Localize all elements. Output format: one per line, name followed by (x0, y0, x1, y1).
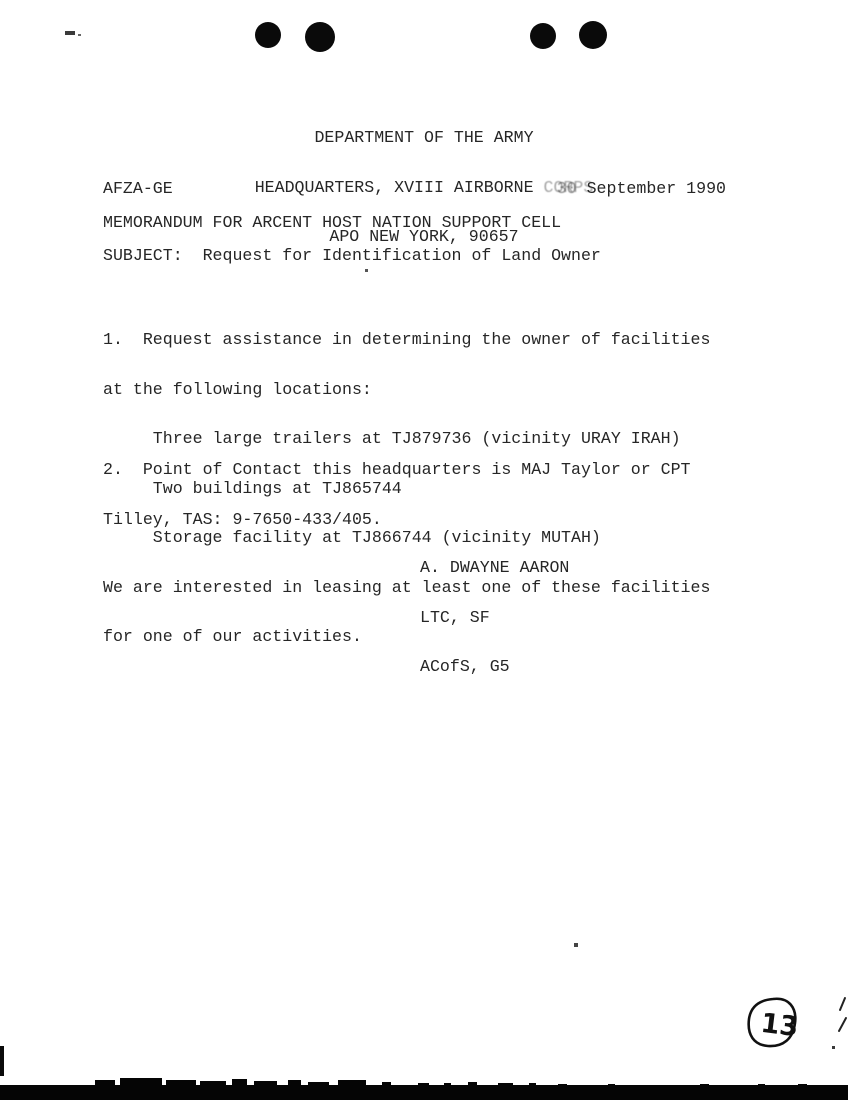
signature-title: ACofS, G5 (420, 659, 569, 676)
page-number-text: 13 (759, 1008, 800, 1043)
para1-line: at the following locations: (103, 382, 710, 399)
punch-dot-icon (255, 22, 281, 48)
paragraph-2: 2. Point of Contact this headquarters is… (103, 429, 691, 561)
date-rest: September 1990 (577, 179, 726, 198)
punch-dot-icon (579, 21, 607, 49)
punch-dot-icon (305, 22, 335, 52)
stray-pen-marks (828, 992, 848, 1040)
letterhead-line1: DEPARTMENT OF THE ARMY (0, 130, 848, 147)
signature-block: A. DWAYNE AARON LTC, SF ACofS, G5 (420, 527, 569, 709)
subject-line: SUBJECT: Request for Identification of L… (103, 248, 601, 265)
signature-name: A. DWAYNE AARON (420, 560, 569, 577)
para2-line: 2. Point of Contact this headquarters is… (103, 462, 691, 479)
scan-edge-bar (0, 1046, 4, 1076)
scan-smudge (832, 1046, 835, 1049)
scanned-memo-page: DEPARTMENT OF THE ARMY HEADQUARTERS, XVI… (0, 0, 848, 1100)
date-day: 30 (557, 179, 577, 198)
memorandum-for-line: MEMORANDUM FOR ARCENT HOST NATION SUPPOR… (103, 215, 561, 232)
office-symbol: AFZA-GE (103, 181, 173, 198)
para2-line: Tilley, TAS: 9-7650-433/405. (103, 512, 691, 529)
para1-line: 1. Request assistance in determining the… (103, 332, 710, 349)
scan-smudge (574, 943, 578, 947)
scan-bottom-band (0, 1074, 848, 1100)
signature-rank: LTC, SF (420, 610, 569, 627)
para1-line: We are interested in leasing at least on… (103, 580, 710, 597)
date-line: 30 September 1990 (557, 181, 726, 198)
punch-dot-icon (530, 23, 556, 49)
handwritten-page-number-circle: 13 (744, 996, 800, 1050)
letterhead-line2-main: HEADQUARTERS, XVIII AIRBORNE (255, 178, 544, 197)
scan-smudge (78, 34, 81, 36)
para1-line: for one of our activities. (103, 629, 710, 646)
scan-smudge (65, 31, 75, 35)
